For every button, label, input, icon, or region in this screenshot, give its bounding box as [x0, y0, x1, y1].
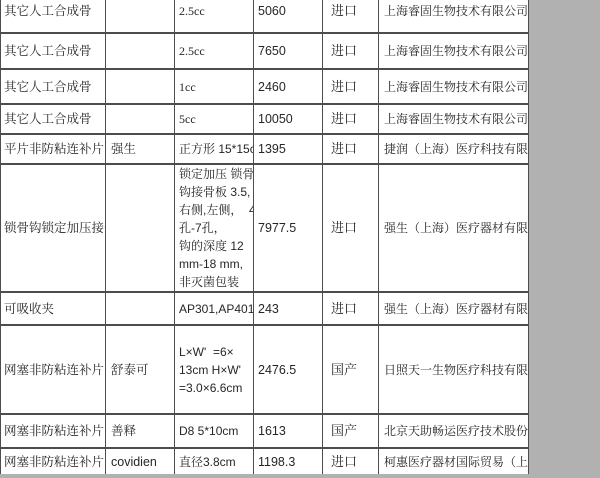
cell-product: 其它人工合成骨 — [1, 33, 106, 69]
cell-product: 锁骨钩锁定加压接骨 — [1, 164, 106, 292]
cell-origin: 国产 — [323, 325, 379, 414]
cell-spec: 2.5cc — [175, 0, 254, 33]
cell-brand — [106, 0, 175, 33]
cell-origin: 进口 — [323, 104, 379, 134]
table-row: 网塞非防粘连补片善释D8 5*10cm1613国产北京天助畅运医疗技术股份有 — [1, 414, 529, 448]
table-row: 网塞非防粘连补片covidien直径3.8cm1198.3进口柯惠医疗器材国际贸… — [1, 448, 529, 474]
cell-price: 2460 — [254, 69, 323, 104]
table-row: 其它人工合成骨1cc2460进口上海睿固生物技术有限公司 — [1, 69, 529, 104]
cell-company: 上海睿固生物技术有限公司 — [379, 69, 529, 104]
cell-brand — [106, 69, 175, 104]
cell-spec: L×W' =6× 13cm H×W' =3.0×6.6cm — [175, 325, 254, 414]
price-table-body: 其它人工合成骨2.5cc5060进口上海睿固生物技术有限公司其它人工合成骨2.5… — [1, 0, 529, 474]
right-canvas-gutter — [529, 0, 600, 478]
cell-price: 1198.3 — [254, 448, 323, 474]
cell-product: 其它人工合成骨 — [1, 69, 106, 104]
cell-company: 上海睿固生物技术有限公司 — [379, 0, 529, 33]
cell-brand: 舒泰可 — [106, 325, 175, 414]
table-row: 平片非防粘连补片强生正方形 15*15cm1395进口捷润（上海）医疗科技有限公 — [1, 134, 529, 164]
cell-price: 1395 — [254, 134, 323, 164]
cell-price: 1613 — [254, 414, 323, 448]
cell-brand — [106, 33, 175, 69]
cell-spec: D8 5*10cm — [175, 414, 254, 448]
cell-company: 强生（上海）医疗器材有限公 — [379, 292, 529, 325]
cell-price: 10050 — [254, 104, 323, 134]
cell-price: 2476.5 — [254, 325, 323, 414]
cell-spec: AP301,AP401,A — [175, 292, 254, 325]
table-row: 其它人工合成骨2.5cc7650进口上海睿固生物技术有限公司 — [1, 33, 529, 69]
cell-company: 柯惠医疗器材国际贸易（上海 — [379, 448, 529, 474]
table-row: 其它人工合成骨2.5cc5060进口上海睿固生物技术有限公司 — [1, 0, 529, 33]
cell-company: 强生（上海）医疗器材有限公 — [379, 164, 529, 292]
table-viewport: 其它人工合成骨2.5cc5060进口上海睿固生物技术有限公司其它人工合成骨2.5… — [0, 0, 529, 474]
cell-origin: 进口 — [323, 69, 379, 104]
cell-price: 7650 — [254, 33, 323, 69]
cell-spec: 正方形 15*15cm — [175, 134, 254, 164]
cell-brand: covidien — [106, 448, 175, 474]
cell-product: 网塞非防粘连补片 — [1, 414, 106, 448]
cell-price: 243 — [254, 292, 323, 325]
cell-product: 其它人工合成骨 — [1, 104, 106, 134]
cell-brand — [106, 292, 175, 325]
cell-spec: 直径3.8cm — [175, 448, 254, 474]
cell-product: 网塞非防粘连补片 — [1, 448, 106, 474]
cell-product: 网塞非防粘连补片 — [1, 325, 106, 414]
cell-spec: 1cc — [175, 69, 254, 104]
table-row: 其它人工合成骨5cc10050进口上海睿固生物技术有限公司 — [1, 104, 529, 134]
cell-origin: 进口 — [323, 292, 379, 325]
cell-price: 5060 — [254, 0, 323, 33]
cell-spec: 5cc — [175, 104, 254, 134]
cell-spec: 锁定加压 锁骨 钩接骨板 3.5, 右侧,左侧， 4 孔-7孔， 钩的深度 12… — [175, 164, 254, 292]
cell-company: 上海睿固生物技术有限公司 — [379, 104, 529, 134]
table-row: 网塞非防粘连补片舒泰可L×W' =6× 13cm H×W' =3.0×6.6cm… — [1, 325, 529, 414]
cell-brand: 强生 — [106, 134, 175, 164]
cell-company: 上海睿固生物技术有限公司 — [379, 33, 529, 69]
cell-product: 可吸收夹 — [1, 292, 106, 325]
cell-brand — [106, 164, 175, 292]
page: 其它人工合成骨2.5cc5060进口上海睿固生物技术有限公司其它人工合成骨2.5… — [0, 0, 600, 478]
cell-company: 北京天助畅运医疗技术股份有 — [379, 414, 529, 448]
cell-origin: 进口 — [323, 164, 379, 292]
cell-company: 捷润（上海）医疗科技有限公 — [379, 134, 529, 164]
table-row: 锁骨钩锁定加压接骨锁定加压 锁骨 钩接骨板 3.5, 右侧,左侧， 4 孔-7孔… — [1, 164, 529, 292]
cell-price: 7977.5 — [254, 164, 323, 292]
cell-origin: 国产 — [323, 414, 379, 448]
cell-origin: 进口 — [323, 33, 379, 69]
cell-brand: 善释 — [106, 414, 175, 448]
cell-origin: 进口 — [323, 134, 379, 164]
cell-product: 平片非防粘连补片 — [1, 134, 106, 164]
cell-origin: 进口 — [323, 0, 379, 33]
table-row: 可吸收夹AP301,AP401,A243进口强生（上海）医疗器材有限公 — [1, 292, 529, 325]
cell-origin: 进口 — [323, 448, 379, 474]
bottom-canvas-gutter — [0, 474, 600, 478]
cell-spec: 2.5cc — [175, 33, 254, 69]
price-table: 其它人工合成骨2.5cc5060进口上海睿固生物技术有限公司其它人工合成骨2.5… — [0, 0, 529, 474]
cell-product: 其它人工合成骨 — [1, 0, 106, 33]
cell-company: 日照天一生物医疗科技有限公 — [379, 325, 529, 414]
cell-brand — [106, 104, 175, 134]
